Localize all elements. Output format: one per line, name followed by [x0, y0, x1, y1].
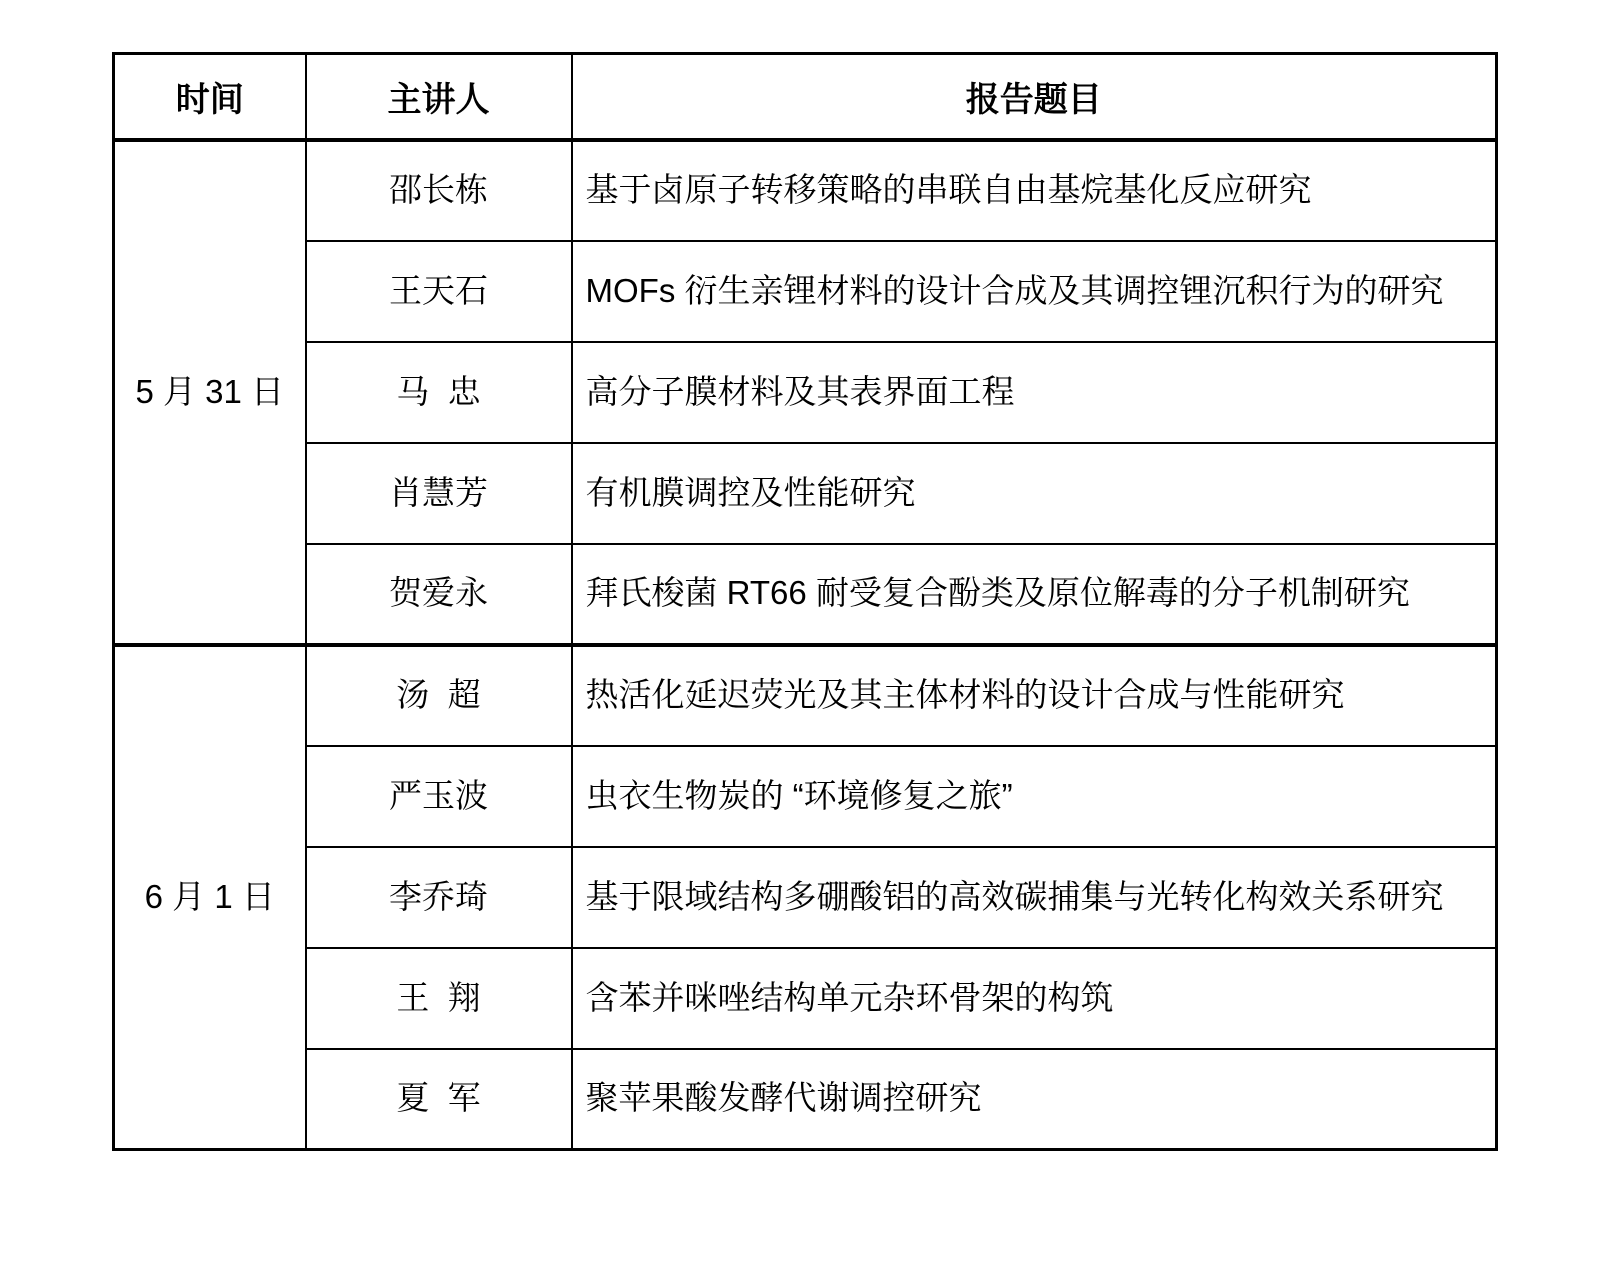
table-body: 5 月 31 日 邵长栋 基于卤原子转移策略的串联自由基烷基化反应研究 王天石 … [114, 140, 1497, 1150]
title-cell: MOFs 衍生亲锂材料的设计合成及其调控锂沉积行为的研究 [572, 241, 1497, 342]
speaker-cell: 王 翔 [306, 948, 572, 1049]
date-cell: 6 月 1 日 [114, 645, 306, 1150]
title-cell: 有机膜调控及性能研究 [572, 443, 1497, 544]
table-header: 时间 主讲人 报告题目 [114, 54, 1497, 140]
table-row: 肖慧芳 有机膜调控及性能研究 [114, 443, 1497, 544]
title-cell: 基于限域结构多硼酸铝的高效碳捕集与光转化构效关系研究 [572, 847, 1497, 948]
table-row: 马 忠 高分子膜材料及其表界面工程 [114, 342, 1497, 443]
header-cell-speaker: 主讲人 [306, 54, 572, 140]
header-row: 时间 主讲人 报告题目 [114, 54, 1497, 140]
title-cell: 热活化延迟荧光及其主体材料的设计合成与性能研究 [572, 645, 1497, 746]
speaker-cell: 严玉波 [306, 746, 572, 847]
title-cell: 拜氏梭菌 RT66 耐受复合酚类及原位解毒的分子机制研究 [572, 544, 1497, 645]
header-cell-time: 时间 [114, 54, 306, 140]
speaker-cell: 汤 超 [306, 645, 572, 746]
speaker-cell: 贺爱永 [306, 544, 572, 645]
speaker-cell: 李乔琦 [306, 847, 572, 948]
header-cell-title: 报告题目 [572, 54, 1497, 140]
table-row: 李乔琦 基于限域结构多硼酸铝的高效碳捕集与光转化构效关系研究 [114, 847, 1497, 948]
table-row: 夏 军 聚苹果酸发酵代谢调控研究 [114, 1049, 1497, 1150]
table-row: 王 翔 含苯并咪唑结构单元杂环骨架的构筑 [114, 948, 1497, 1049]
table-row: 严玉波 虫衣生物炭的 “环境修复之旅” [114, 746, 1497, 847]
date-cell: 5 月 31 日 [114, 140, 306, 645]
table-row: 6 月 1 日 汤 超 热活化延迟荧光及其主体材料的设计合成与性能研究 [114, 645, 1497, 746]
title-cell: 虫衣生物炭的 “环境修复之旅” [572, 746, 1497, 847]
speaker-cell: 邵长栋 [306, 140, 572, 241]
schedule-table: 时间 主讲人 报告题目 5 月 31 日 邵长栋 基于卤原子转移策略的串联自由基… [112, 52, 1498, 1151]
title-cell: 基于卤原子转移策略的串联自由基烷基化反应研究 [572, 140, 1497, 241]
table-row: 王天石 MOFs 衍生亲锂材料的设计合成及其调控锂沉积行为的研究 [114, 241, 1497, 342]
page: 时间 主讲人 报告题目 5 月 31 日 邵长栋 基于卤原子转移策略的串联自由基… [0, 0, 1608, 1261]
title-cell: 含苯并咪唑结构单元杂环骨架的构筑 [572, 948, 1497, 1049]
speaker-cell: 王天石 [306, 241, 572, 342]
speaker-cell: 肖慧芳 [306, 443, 572, 544]
title-cell: 聚苹果酸发酵代谢调控研究 [572, 1049, 1497, 1150]
title-cell: 高分子膜材料及其表界面工程 [572, 342, 1497, 443]
table-row: 5 月 31 日 邵长栋 基于卤原子转移策略的串联自由基烷基化反应研究 [114, 140, 1497, 241]
table-row: 贺爱永 拜氏梭菌 RT66 耐受复合酚类及原位解毒的分子机制研究 [114, 544, 1497, 645]
speaker-cell: 马 忠 [306, 342, 572, 443]
speaker-cell: 夏 军 [306, 1049, 572, 1150]
